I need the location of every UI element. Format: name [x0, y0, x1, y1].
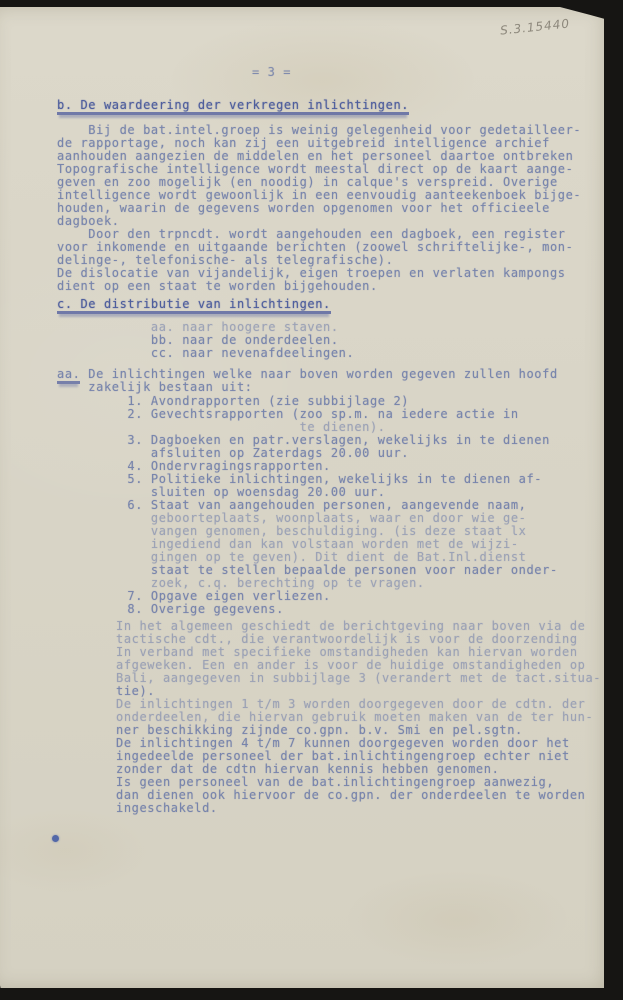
text-line: ingeschakeld. — [116, 802, 604, 815]
para-naar-boven: aa. De inlichtingen welke naar boven wor… — [57, 368, 604, 394]
text-line: Bali, aangegeven in subbijlage 3 (verand… — [116, 672, 604, 685]
list-rapporten: 1. Avondrapporten (zie subbijlage 2) 2. … — [57, 395, 604, 616]
list-distributie: aa. naar hoogere staven. bb. naar de ond… — [57, 321, 604, 360]
scanned-page: = 3 = S.3.15440 b. De waardeering der ve… — [0, 7, 604, 988]
typewritten-body: b. De waardeering der verkregen inlichti… — [57, 7, 604, 988]
text-line: dient op een staat te worden bijgehouden… — [57, 280, 604, 293]
text-line: cc. naar nevenafdeelingen. — [57, 347, 604, 360]
heading-line: c. De distributie van inlichtingen. — [57, 298, 604, 311]
text-line: houden, waarin de gegevens worden opgeno… — [57, 202, 604, 215]
para-doorzending: In het algemeen geschiedt de berichtgevi… — [116, 620, 604, 815]
heading-distributie: c. De distributie van inlichtingen. — [57, 298, 604, 311]
text-line: 8. Overige gegevens. — [57, 603, 604, 616]
para-waardeering: Bij de bat.intel.groep is weinig gelegen… — [57, 124, 604, 293]
heading-waardeering: b. De waardeering der verkregen inlichti… — [57, 99, 604, 112]
heading-line: b. De waardeering der verkregen inlichti… — [57, 99, 604, 112]
text-line: zakelijk bestaan uit: — [57, 381, 604, 394]
ink-blot — [52, 835, 59, 842]
